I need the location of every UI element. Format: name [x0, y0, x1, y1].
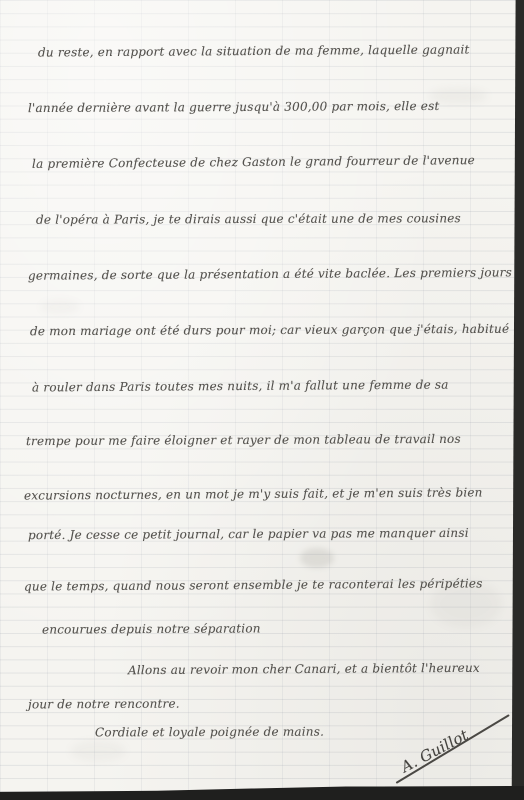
- handwriting-line: la première Confecteuse de chez Gaston l…: [32, 153, 475, 171]
- paper-shading: [0, 0, 524, 800]
- handwriting-line: que le temps, quand nous seront ensemble…: [24, 576, 483, 593]
- handwriting-line: du reste, en rapport avec la situation d…: [38, 42, 470, 59]
- handwriting-line: Cordiale et loyale poignée de mains.: [95, 725, 324, 740]
- handwriting-line: trempe pour me faire éloigner et rayer d…: [26, 432, 461, 448]
- handwriting-line: de l'opéra à Paris, je te dirais aussi q…: [36, 211, 461, 226]
- ink-showthrough-smudge: [70, 740, 126, 762]
- letter-page: du reste, en rapport avec la situation d…: [0, 0, 524, 800]
- grid-paper-texture: [0, 0, 524, 800]
- signature: A. Guillot: [398, 726, 471, 776]
- handwriting-line: encourues depuis notre séparation: [42, 621, 261, 636]
- handwriting-line: jour de notre rencontre.: [28, 697, 180, 712]
- ink-showthrough-smudge: [40, 300, 80, 314]
- ink-blot-smudge: [300, 548, 334, 568]
- signature-flourish: [396, 714, 510, 783]
- handwriting-line: de mon mariage ont été durs pour moi; ca…: [30, 322, 509, 339]
- handwriting-line: l'année dernière avant la guerre jusqu'à…: [28, 99, 440, 115]
- handwriting-line: excursions nocturnes, en un mot je m'y s…: [24, 485, 483, 502]
- handwriting-line: germaines, de sorte que la présentation …: [28, 265, 512, 282]
- handwriting-line: porté. Je cesse ce petit journal, car le…: [28, 526, 469, 542]
- handwriting-line: à rouler dans Paris toutes mes nuits, il…: [32, 378, 449, 395]
- scan-edge-bottom: [0, 786, 524, 800]
- handwriting-line: Allons au revoir mon cher Canari, et a b…: [128, 661, 480, 677]
- scan-edge-right: [510, 0, 524, 800]
